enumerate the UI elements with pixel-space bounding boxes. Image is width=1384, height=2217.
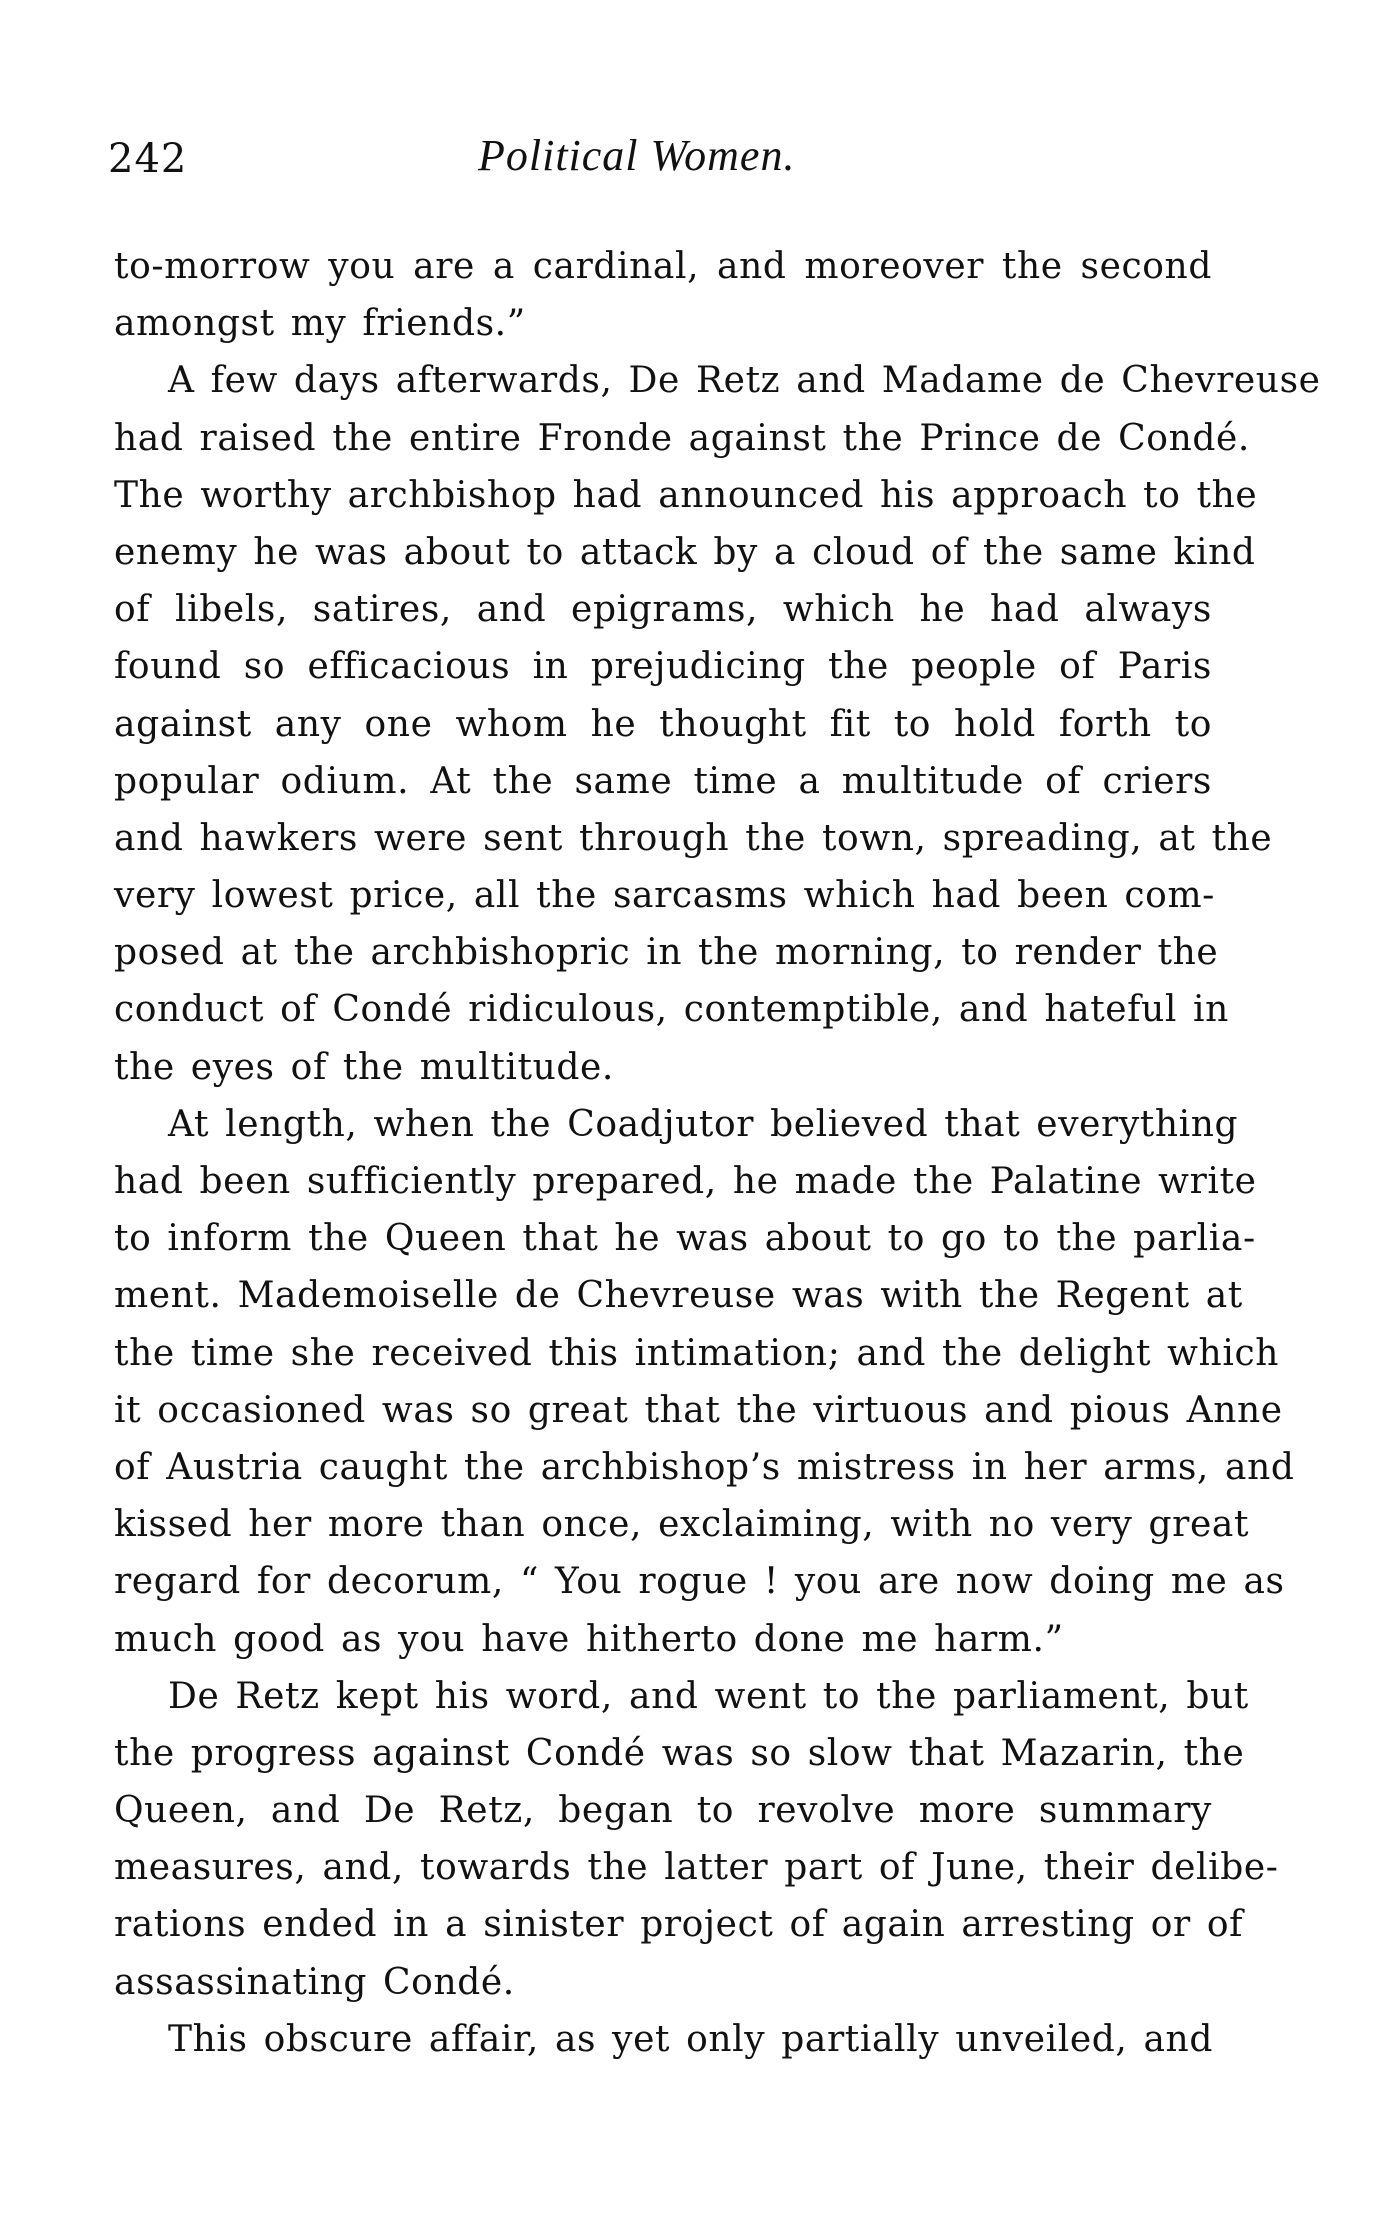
text-line: to-morrow you are a cardinal, and moreov… bbox=[114, 238, 1212, 295]
paragraph: This obscure affair, as yet only partial… bbox=[114, 2011, 1212, 2068]
page-number: 242 bbox=[108, 132, 187, 186]
text-line: Queen, and De Retz, began to revolve mor… bbox=[114, 1782, 1212, 1839]
text-line: to inform the Queen that he was about to… bbox=[114, 1210, 1212, 1267]
text-line: amongst my friends.” bbox=[114, 295, 1212, 352]
text-line: popular odium. At the same time a multit… bbox=[114, 753, 1212, 810]
text-line: very lowest price, all the sarcasms whic… bbox=[114, 867, 1212, 924]
text-line: much good as you have hitherto done me h… bbox=[114, 1611, 1212, 1668]
text-line: found so efficacious in prejudicing the … bbox=[114, 638, 1212, 695]
paragraph: to-morrow you are a cardinal, and moreov… bbox=[114, 238, 1212, 352]
text-line: The worthy archbishop had announced his … bbox=[114, 467, 1212, 524]
paragraph: At length, when the Coadjutor believed t… bbox=[114, 1096, 1212, 1668]
text-line: the time she received this intimation; a… bbox=[114, 1325, 1212, 1382]
body-text: to-morrow you are a cardinal, and moreov… bbox=[114, 238, 1212, 2068]
text-line: the eyes of the multitude. bbox=[114, 1039, 1212, 1096]
text-line: At length, when the Coadjutor believed t… bbox=[114, 1096, 1212, 1153]
text-line: regard for decorum, “ You rogue ! you ar… bbox=[114, 1553, 1212, 1610]
text-line: had raised the entire Fronde against the… bbox=[114, 410, 1212, 467]
text-line: assassinating Condé. bbox=[114, 1954, 1212, 2011]
text-line: De Retz kept his word, and went to the p… bbox=[114, 1668, 1212, 1725]
text-line: of Austria caught the archbishop’s mistr… bbox=[114, 1439, 1212, 1496]
text-line: enemy he was about to attack by a cloud … bbox=[114, 524, 1212, 581]
text-line: it occasioned was so great that the virt… bbox=[114, 1382, 1212, 1439]
paragraph: A few days afterwards, De Retz and Madam… bbox=[114, 352, 1212, 1095]
text-line: had been sufficiently prepared, he made … bbox=[114, 1153, 1212, 1210]
text-line: kissed her more than once, exclaiming, w… bbox=[114, 1496, 1212, 1553]
text-line: posed at the archbishopric in the mornin… bbox=[114, 924, 1212, 981]
text-line: and hawkers were sent through the town, … bbox=[114, 810, 1212, 867]
text-line: the progress against Condé was so slow t… bbox=[114, 1725, 1212, 1782]
text-line: ment. Mademoiselle de Chevreuse was with… bbox=[114, 1267, 1212, 1324]
text-line: A few days afterwards, De Retz and Madam… bbox=[114, 352, 1212, 409]
text-line: rations ended in a sinister project of a… bbox=[114, 1896, 1212, 1953]
text-line: conduct of Condé ridiculous, contemptibl… bbox=[114, 981, 1212, 1038]
book-page: 242 Political Women. to-morrow you are a… bbox=[0, 0, 1384, 2217]
text-line: measures, and, towards the latter part o… bbox=[114, 1839, 1212, 1896]
running-head: Political Women. bbox=[478, 128, 795, 184]
text-line: against any one whom he thought fit to h… bbox=[114, 696, 1212, 753]
paragraph: De Retz kept his word, and went to the p… bbox=[114, 1668, 1212, 2011]
text-line: of libels, satires, and epigrams, which … bbox=[114, 581, 1212, 638]
text-line: This obscure affair, as yet only partial… bbox=[114, 2011, 1212, 2068]
